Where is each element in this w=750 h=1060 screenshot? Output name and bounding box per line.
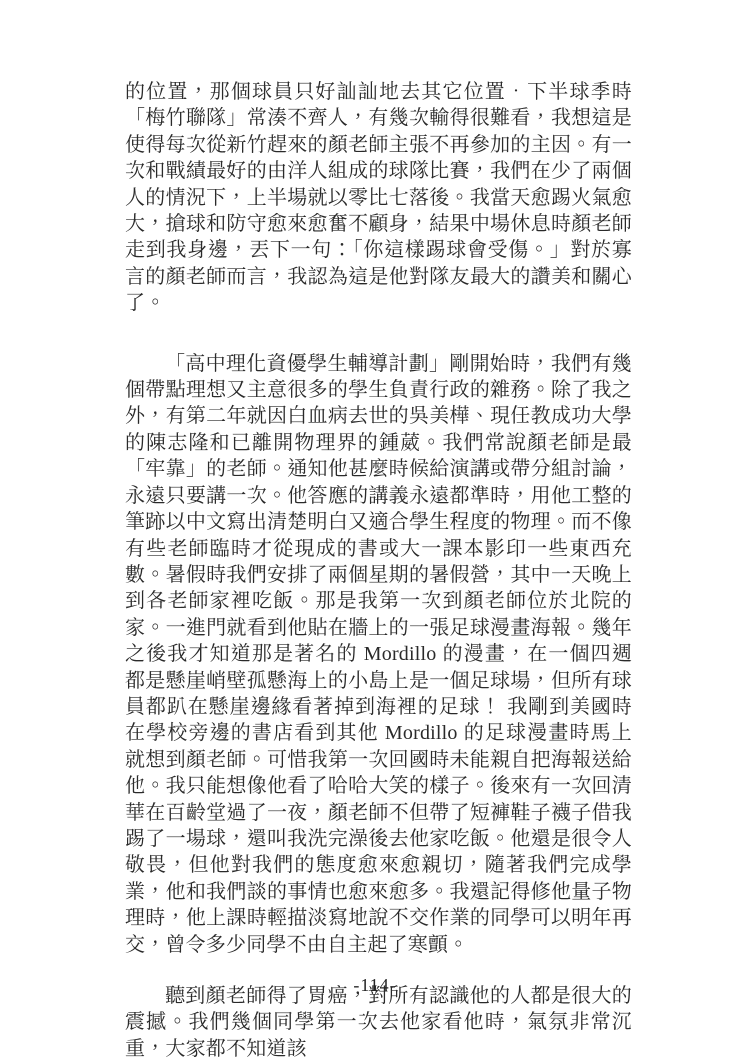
paragraph-continuation: 的位置，那個球員只好訕訕地去其它位置．下半球季時「梅竹聯隊」常湊不齊人，有幾次輸… — [125, 79, 632, 317]
page-text: 的位置，那個球員只好訕訕地去其它位置．下半球季時「梅竹聯隊」常湊不齊人，有幾次輸… — [125, 79, 632, 1060]
paragraph-tutoring-program: 「高中理化資優學生輔導計劃」剛開始時，我們有幾個帶點理想又主意很多的學生負責行政… — [125, 351, 632, 958]
document-page: 的位置，那個球員只好訕訕地去其它位置．下半球季時「梅竹聯隊」常湊不齊人，有幾次輸… — [0, 0, 750, 1060]
page-number: -114- — [0, 975, 750, 996]
